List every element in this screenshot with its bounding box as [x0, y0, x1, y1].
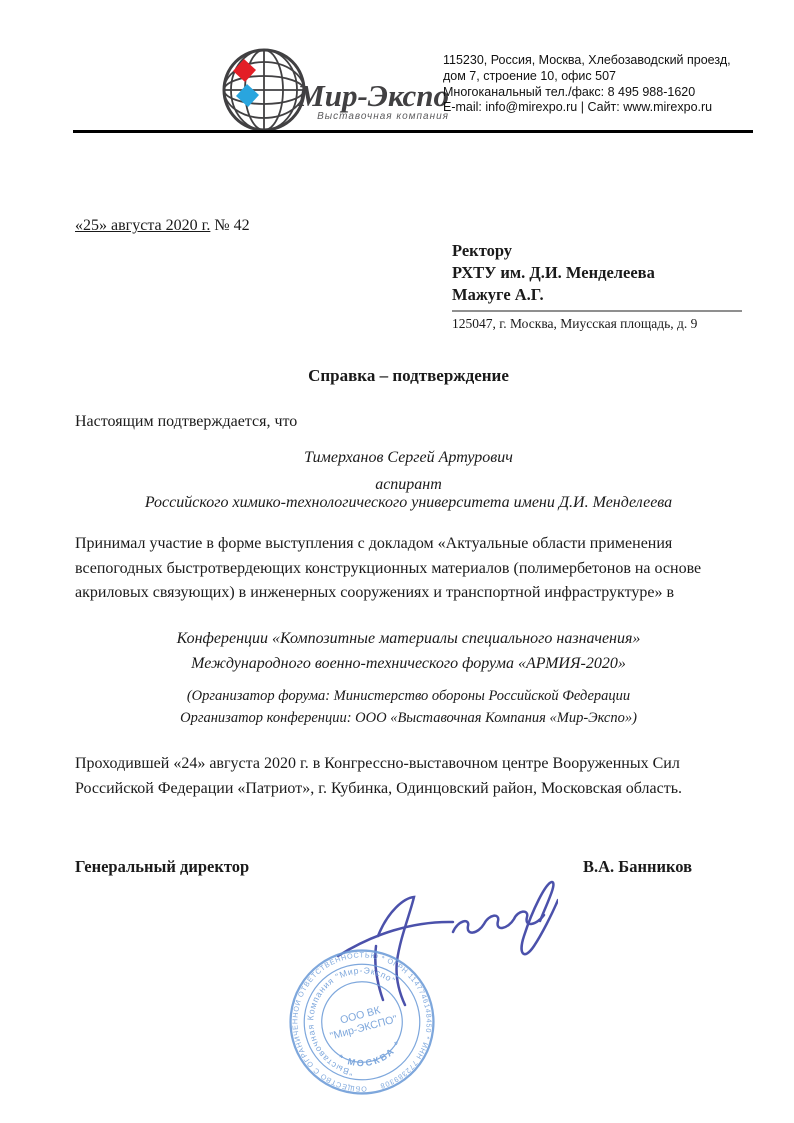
person-organization: Российского химико-технологического унив… — [75, 494, 742, 512]
signatory-position: Генеральный директор — [75, 857, 249, 877]
reference-line: «25» августа 2020 г. № 42 — [75, 217, 250, 235]
addressee-name: Мажуге А.Г. — [452, 284, 742, 306]
company-stamp: ОБЩЕСТВО С ОГРАНИЧЕННОЙ ОТВЕТСТВЕННОСТЬЮ… — [286, 946, 438, 1098]
person-name: Тимерханов Сергей Артурович — [75, 449, 742, 467]
addressee-address: 125047, г. Москва, Миусская площадь, д. … — [452, 316, 742, 332]
company-name: Мир-Экспо — [297, 78, 449, 113]
venue-paragraph: Проходившей «24» августа 2020 г. в Конгр… — [75, 751, 742, 801]
company-logo: Мир-Экспо Выставочная компания — [219, 46, 449, 134]
organizer-block: (Организатор форума: Министерство оборон… — [75, 685, 742, 729]
conference-line2: Международного военно-технического форум… — [75, 651, 742, 676]
conference-block: Конференции «Композитные материалы специ… — [75, 626, 742, 676]
addressee-block: Ректору РХТУ им. Д.И. Менделеева Мажуге … — [452, 240, 742, 332]
organizer-line2: Организатор конференции: ООО «Выставочна… — [75, 707, 742, 729]
document-date: «25» августа 2020 г. — [75, 217, 210, 234]
contact-phone: Многоканальный тел./факс: 8 495 988-1620 — [443, 85, 763, 101]
addressee-divider — [452, 310, 742, 312]
document-page: Мир-Экспо Выставочная компания 115230, Р… — [0, 0, 794, 1123]
document-number: № 42 — [214, 217, 249, 234]
contact-email-site: E-mail: info@mirexpo.ru | Сайт: www.mire… — [443, 100, 763, 116]
company-contact-block: 115230, Россия, Москва, Хлебозаводский п… — [443, 53, 763, 116]
document-title: Справка – подтверждение — [75, 365, 742, 387]
header-divider — [73, 130, 753, 133]
intro-paragraph: Настоящим подтверждается, что — [75, 413, 742, 431]
conference-line1: Конференции «Композитные материалы специ… — [75, 626, 742, 651]
signatory-name: В.А. Банников — [583, 857, 692, 877]
organizer-line1: (Организатор форума: Министерство оборон… — [75, 685, 742, 707]
person-role: аспирант — [75, 476, 742, 494]
document-body: Справка – подтверждение Настоящим подтве… — [75, 365, 742, 877]
contact-address-line1: 115230, Россия, Москва, Хлебозаводский п… — [443, 53, 763, 69]
participation-paragraph: Принимал участие в форме выступления с д… — [75, 532, 742, 606]
addressee-title: Ректору — [452, 240, 742, 262]
addressee-university: РХТУ им. Д.И. Менделеева — [452, 262, 742, 284]
contact-address-line2: дом 7, строение 10, офис 507 — [443, 69, 763, 85]
